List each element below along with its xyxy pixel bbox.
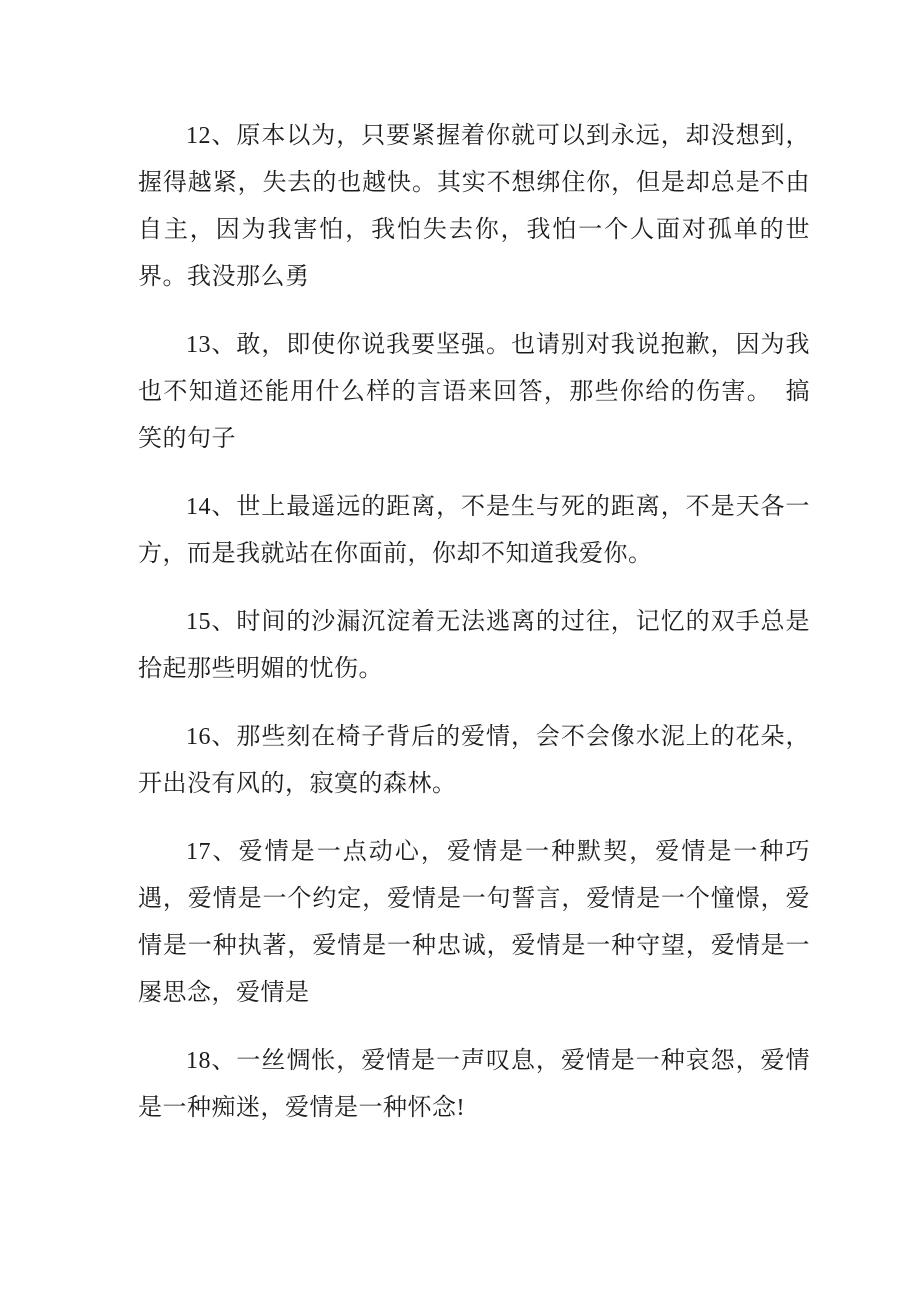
paragraph-quote-14: 14、世上最遥远的距离，不是生与死的距离，不是天各一方，而是我就站在你面前，你却…	[138, 484, 810, 578]
document-page: 12、原本以为，只要紧握着你就可以到永远，却没想到，握得越紧，失去的也越快。其实…	[0, 0, 920, 1302]
paragraph-quote-12: 12、原本以为，只要紧握着你就可以到永远，却没想到，握得越紧，失去的也越快。其实…	[138, 113, 810, 301]
paragraph-quote-17: 17、爱情是一点动心，爱情是一种默契，爱情是一种巧遇，爱情是一个约定，爱情是一句…	[138, 829, 810, 1017]
paragraph-quote-13: 13、敢，即使你说我要坚强。也请别对我说抱歉，因为我也不知道还能用什么样的言语来…	[138, 322, 810, 463]
paragraph-quote-15: 15、时间的沙漏沉淀着无法逃离的过往，记忆的双手总是拾起那些明媚的忧伤。	[138, 599, 810, 693]
paragraph-quote-16: 16、那些刻在椅子背后的爱情，会不会像水泥上的花朵，开出没有风的，寂寞的森林。	[138, 714, 810, 808]
paragraph-quote-18: 18、一丝惆怅，爱情是一声叹息，爱情是一种哀怨，爱情是一种痴迷，爱情是一种怀念!	[138, 1038, 810, 1132]
